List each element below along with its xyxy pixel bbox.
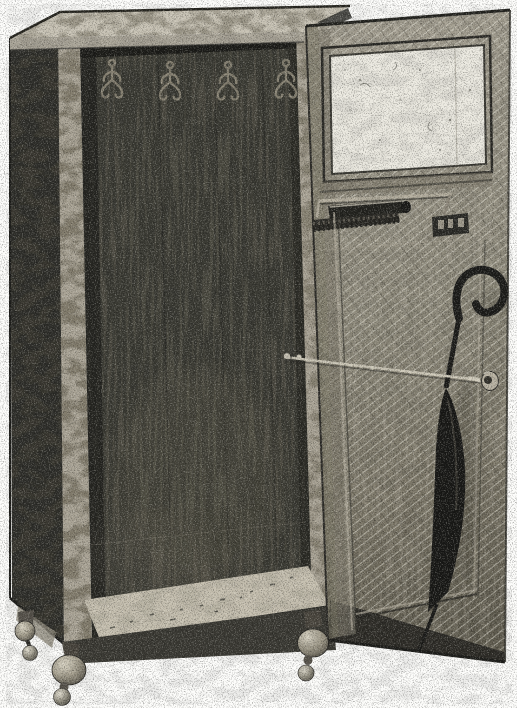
halftone-light-speckle <box>0 0 517 708</box>
halftone-photograph <box>0 0 517 708</box>
wardrobe-photo <box>0 0 517 708</box>
